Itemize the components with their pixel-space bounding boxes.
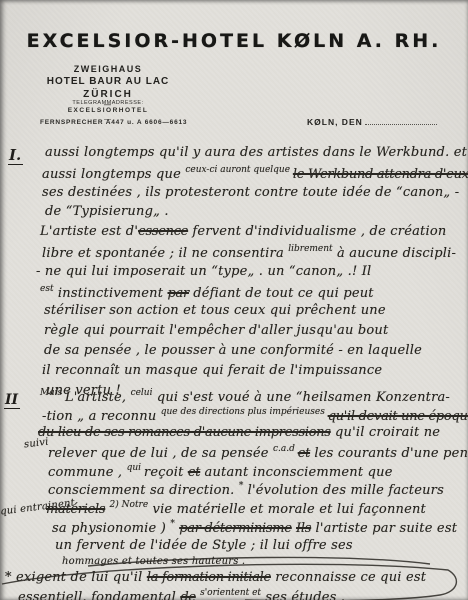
manuscript-section: aussi longtemps qu'il y aura des artiste… (0, 145, 468, 402)
manuscript-line: - ne qui lui imposerait un “type„ . un “… (36, 264, 468, 284)
handwriting-text: consciemment sa direction. (48, 483, 239, 498)
struck-out-text: qu'il devait une époque (328, 409, 468, 424)
struck-out-text: du lieu de ses romances d'aucune impress… (38, 425, 331, 440)
inserted-text: celui (131, 388, 153, 398)
manuscript-line: aussi longtemps qu'il y aura des artiste… (45, 145, 468, 165)
handwriting-text: l'artiste par suite est (311, 521, 457, 536)
inserted-text: s'orientent et (200, 588, 261, 598)
struck-out-text: Ils (296, 521, 311, 536)
inserted-text: librement (288, 244, 332, 254)
struck-out-text: par déterminisme (179, 521, 291, 536)
handwriting-text: autant inconsciemment que (200, 465, 392, 480)
manuscript-line: consciemment sa direction. * l'évolution… (48, 481, 468, 500)
handwriting-text: règle qui pourrait l'empêcher d'aller ju… (44, 323, 388, 338)
manuscript-body: I.aussi longtemps qu'il y aura des artis… (0, 0, 468, 600)
handwriting-text: qui s'est voué à une “heilsamen Konzentr… (152, 390, 450, 405)
handwriting-text: stériliser son action et tous ceux qui p… (44, 303, 386, 318)
inserted-text: 2) Notre (110, 500, 149, 510)
handwriting-text: commune , (48, 465, 127, 480)
manuscript-line: du lieu de ses romances d'aucune impress… (38, 425, 468, 444)
manuscript-line: qui entrainentmatériels 2) Notre vie mat… (46, 500, 468, 519)
manuscript-section: Mais L'artiste, celui qui s'est voué à u… (0, 388, 468, 600)
handwriting-text: de “Typisierung„ . (45, 204, 169, 219)
struck-out-text: par (168, 286, 189, 301)
manuscript-line: libre et spontanée ; il ne consentira li… (42, 244, 468, 264)
manuscript-line: règle qui pourrait l'empêcher d'aller ju… (44, 323, 468, 343)
inserted-text: c.a.d (273, 444, 298, 454)
handwriting-text: reconnaisse ce qui est (271, 570, 426, 585)
handwriting-text: de sa pensée , le pousser à une conformi… (44, 343, 422, 358)
manuscript-line: de “Typisierung„ . (45, 204, 468, 224)
handwriting-text: aussi longtemps qu'il y aura des artiste… (45, 145, 467, 160)
manuscript-line: hommages et toutes ses hauteurs . (62, 556, 468, 569)
margin-note: suivi (23, 437, 49, 451)
scanned-letter-page: EXCELSIOR-HOTEL KØLN A. RH. ZWEIGHAUS HO… (0, 0, 468, 600)
manuscript-line: de sa pensée , le pousser à une conformi… (44, 343, 468, 363)
manuscript-line: -tion „ a reconnu que des directions plu… (42, 407, 468, 426)
handwriting-text: fervent d'individualisme , de création (188, 224, 446, 239)
manuscript-line: sa physionomie ) * par déterminisme Ils … (52, 519, 468, 538)
handwriting-text: essentiell. fondamental (18, 590, 180, 600)
manuscript-line: Mais L'artiste, celui qui s'est voué à u… (40, 388, 468, 407)
handwriting-text: ses destinées , ils protesteront contre … (42, 185, 459, 200)
manuscript-line: aussi longtemps que ceux-ci auront quelq… (42, 165, 468, 185)
handwriting-text: ses études . (261, 590, 345, 600)
handwriting-text: * exigent de lui qu'il (5, 570, 147, 585)
manuscript-line: un fervent de l'idée de Style ; il lui o… (55, 538, 468, 557)
handwriting-text: instinctivement (54, 286, 168, 301)
manuscript-line: L'artiste est d'essence fervent d'indivi… (40, 224, 468, 244)
handwriting-text: il reconnaît un masque qui ferait de l'i… (42, 363, 382, 378)
handwriting-text: les courants d'une pensée (310, 446, 468, 461)
inserted-text: qui (127, 463, 144, 473)
handwriting-text: qu'il croirait ne (331, 425, 440, 440)
manuscript-line: commune , qui reçoit et autant inconscie… (48, 463, 468, 482)
handwriting-text: -tion „ a reconnu (42, 409, 161, 424)
handwriting-text: hommages et toutes ses hauteurs . (62, 556, 245, 567)
handwriting-text: défiant de tout ce qui peut (189, 286, 374, 301)
struck-out-text: le Werkbund attendra d'eux (293, 167, 468, 182)
manuscript-line: suivirelever que de lui , de sa pensée c… (48, 444, 468, 463)
struck-out-text: et (298, 446, 310, 461)
struck-out-text: de (180, 590, 195, 600)
struck-out-text: la formation initiale (147, 570, 271, 585)
handwriting-text: relever que de lui , de sa pensée (48, 446, 273, 461)
handwriting-text: - ne qui lui imposerait un “type„ . un “… (36, 264, 371, 279)
inserted-text: que des directions plus impérieuses (161, 407, 328, 417)
handwriting-text: sa physionomie ) (52, 521, 170, 536)
manuscript-line: stériliser son action et tous ceux qui p… (44, 303, 468, 323)
handwriting-text: à aucune discipli- (333, 246, 456, 261)
manuscript-line: est instinctivement par défiant de tout … (40, 284, 468, 304)
handwriting-text: reçoit (144, 465, 188, 480)
handwriting-text: un fervent de l'idée de Style ; il lui o… (55, 538, 353, 553)
manuscript-line: * exigent de lui qu'il la formation init… (5, 570, 468, 589)
manuscript-line: ses destinées , ils protesteront contre … (42, 185, 468, 205)
handwriting-text: L'artiste, (65, 390, 131, 405)
handwriting-text: L'artiste est d' (40, 224, 138, 239)
handwriting-text: vie matérielle et morale et lui façonnen… (148, 502, 426, 517)
manuscript-line: essentiell. fondamental de s'orientent e… (18, 588, 468, 600)
manuscript-line: il reconnaît un masque qui ferait de l'i… (42, 363, 468, 383)
inserted-text: est (40, 284, 54, 294)
handwriting-text: aussi longtemps que (42, 167, 185, 182)
handwriting-text: libre et spontanée ; il ne consentira (42, 246, 288, 261)
inserted-text: ceux-ci auront quelque (185, 165, 293, 175)
struck-out-text: essence (138, 224, 188, 239)
inserted-text: Mais (40, 388, 65, 398)
handwriting-text: l'évolution des mille facteurs (243, 483, 444, 498)
struck-out-text: et (188, 465, 200, 480)
